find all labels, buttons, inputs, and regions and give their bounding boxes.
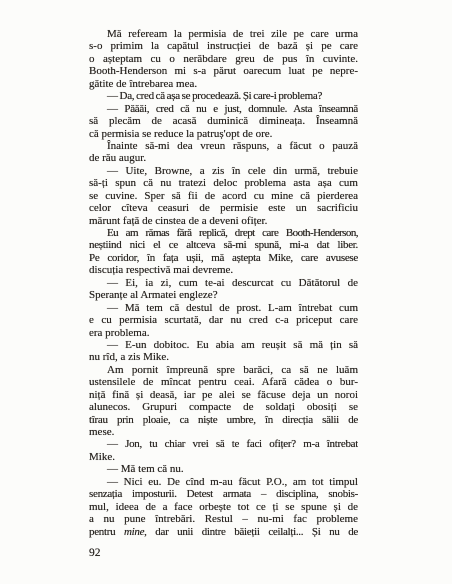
text-line: de rău augur. [89, 152, 358, 164]
text-line: să-ți spun că nu tratezi deloc problema … [89, 177, 358, 189]
book-page: Mă refeream la permisia de trei zile pe … [0, 0, 452, 584]
text-line: e cu permisia scurtată, dar nu cred c-a … [89, 314, 358, 326]
body-text: Mă refeream la permisia de trei zile pe … [89, 28, 358, 538]
text-line: — Mă tem că destul de prost. L-am întreb… [89, 302, 358, 314]
text-line: niță fină și deasă, iar pe alei se făcus… [89, 389, 358, 401]
text-line: mul, ideea de a face orbește tot ce ți s… [89, 501, 358, 513]
text-line: ustensilele de mîncat pentru ceai. Afară… [89, 376, 358, 388]
text-line: alunecos. Grupuri compacte de soldați ob… [89, 401, 358, 413]
page-number: 92 [89, 547, 101, 560]
text-line: — Da, cred că așa se procedează. Și care… [89, 90, 358, 102]
text-line: mărunt față de cinstea de a deveni ofițe… [89, 215, 358, 227]
text-line: Mike. [89, 451, 358, 463]
text-line: discuția respectivă mai devreme. [89, 264, 358, 276]
text-segment: pentru [89, 526, 124, 538]
text-line: Mă refeream la permisia de trei zile pe … [89, 28, 358, 40]
text-line: a nu pune întrebări. Restul – nu-mi fac … [89, 513, 358, 525]
text-line: nu rîd, a zis Mike. [89, 351, 358, 363]
text-line: tîrau prin ploaie, ca niște umbre, în di… [89, 414, 358, 426]
text-line: se cuvine. Sper să fii de acord cu mine … [89, 190, 358, 202]
text-line: pentru mine, dar unii dintre băieții cei… [89, 526, 358, 538]
text-line: să plecăm de acasă duminică dimineața. Î… [89, 115, 358, 127]
text-line: Am pornit împreună spre barăci, ca să ne… [89, 364, 358, 376]
text-line: — Păăăi, cred că nu e just, domnule. Ast… [89, 103, 358, 115]
text-line: Speranțe al Armatei engleze? [89, 289, 358, 301]
text-line: mese. [89, 426, 358, 438]
text-line: că permisia se reduce la patruș'opt de o… [89, 128, 358, 140]
text-line: s-o primim la capătul instrucției de baz… [89, 40, 358, 52]
text-line: celor cîteva ceasuri de permisie este un… [89, 202, 358, 214]
text-line: — Mă tem că nu. [89, 463, 358, 475]
text-segment: , dar unii dintre băieții ceilalți... Și… [144, 526, 358, 538]
text-line: senzația imposturii. Detest armata – dis… [89, 488, 358, 500]
text-line: — Nici eu. De cînd m-au făcut P.O., am t… [89, 476, 358, 488]
text-line: o așteptam cu o nerăbdare greu de pus în… [89, 53, 358, 65]
text-line: — Uite, Browne, a zis în cele din urmă, … [89, 165, 358, 177]
text-line: Booth-Henderson mi s-a părut oarecum lua… [89, 65, 358, 77]
text-line: — Jon, tu chiar vrei să te faci ofițer? … [89, 438, 358, 450]
text-line: Înainte să-mi dea vreun răspuns, a făcut… [89, 140, 358, 152]
text-line: — Ei, ia zi, cum te-ai descurcat cu Dătă… [89, 277, 358, 289]
text-line: neștiind nici el ce altceva să-mi spună,… [89, 239, 358, 251]
text-line: Eu am rămas fără replică, drept care Boo… [89, 227, 358, 239]
text-line: — E-un dobitoc. Eu abia am reușit să mă … [89, 339, 358, 351]
text-line: era problema. [89, 327, 358, 339]
text-line: Pe coridor, în fața ușii, mă aștepta Mik… [89, 252, 358, 264]
text-line: gătite de întrebarea mea. [89, 78, 358, 90]
italic-word: mine [124, 526, 144, 538]
